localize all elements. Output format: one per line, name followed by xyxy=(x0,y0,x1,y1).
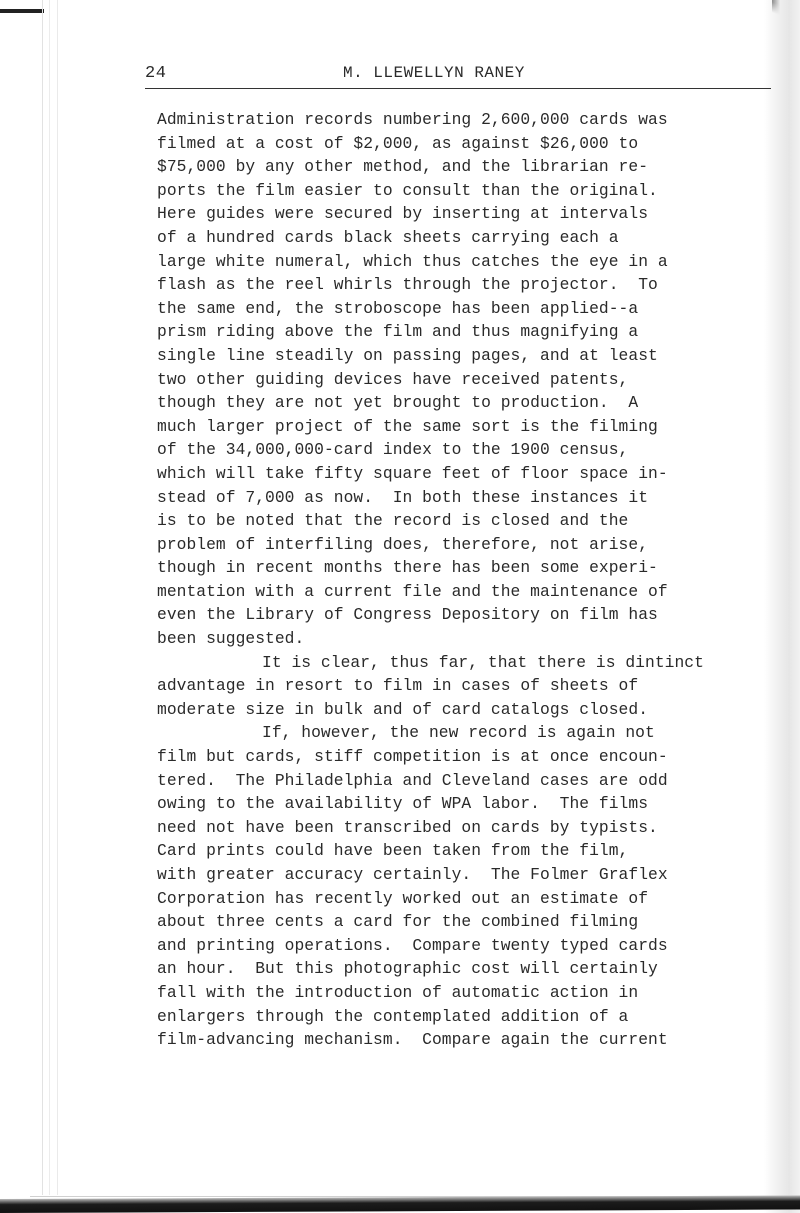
text-line: mentation with a current file and the ma… xyxy=(157,580,777,604)
text-line: an hour. But this photographic cost will… xyxy=(157,957,777,981)
text-line: two other guiding devices have received … xyxy=(157,368,777,392)
text-line: fall with the introduction of automatic … xyxy=(157,981,777,1005)
text-line: film-advancing mechanism. Compare again … xyxy=(157,1028,777,1052)
text-line: tered. The Philadelphia and Cleveland ca… xyxy=(157,769,777,793)
text-line: even the Library of Congress Depository … xyxy=(157,603,777,627)
text-line: though they are not yet brought to produ… xyxy=(157,391,777,415)
text-line: owing to the availability of WPA labor. … xyxy=(157,792,777,816)
page-number: 24 xyxy=(145,64,166,83)
text-line: large white numeral, which thus catches … xyxy=(157,250,777,274)
text-line: which will take fifty square feet of flo… xyxy=(157,462,777,486)
text-line: film but cards, stiff competition is at … xyxy=(157,745,777,769)
paragraph-first-line: If, however, the new record is again not xyxy=(157,721,777,745)
page-header: 24 M. LLEWELLYN RANEY xyxy=(145,62,771,89)
text-line: problem of interfiling does, therefore, … xyxy=(157,533,777,557)
text-line: ports the film easier to consult than th… xyxy=(157,179,777,203)
text-line: of the 34,000,000-card index to the 1900… xyxy=(157,438,777,462)
text-line: the same end, the stroboscope has been a… xyxy=(157,297,777,321)
text-line: filmed at a cost of $2,000, as against $… xyxy=(157,132,777,156)
page-binding-edge xyxy=(42,0,58,1195)
text-line: much larger project of the same sort is … xyxy=(157,415,777,439)
text-line: Here guides were secured by inserting at… xyxy=(157,202,777,226)
text-line: moderate size in bulk and of card catalo… xyxy=(157,698,777,722)
paragraph-first-line: It is clear, thus far, that there is din… xyxy=(157,651,777,675)
body-text: Administration records numbering 2,600,0… xyxy=(157,108,777,1052)
running-head: M. LLEWELLYN RANEY xyxy=(343,64,525,82)
text-line: about three cents a card for the combine… xyxy=(157,910,777,934)
text-line: is to be noted that the record is closed… xyxy=(157,509,777,533)
text-line: Administration records numbering 2,600,0… xyxy=(157,108,777,132)
text-line: $75,000 by any other method, and the lib… xyxy=(157,155,777,179)
text-line: Card prints could have been taken from t… xyxy=(157,839,777,863)
scan-corner-mark-top-left xyxy=(0,9,44,13)
text-line: single line steadily on passing pages, a… xyxy=(157,344,777,368)
text-line: been suggested. xyxy=(157,627,777,651)
text-line: of a hundred cards black sheets carrying… xyxy=(157,226,777,250)
text-line: stead of 7,000 as now. In both these ins… xyxy=(157,486,777,510)
text-line: Corporation has recently worked out an e… xyxy=(157,887,777,911)
text-line: and printing operations. Compare twenty … xyxy=(157,934,777,958)
text-line: enlargers through the contemplated addit… xyxy=(157,1005,777,1029)
text-line: though in recent months there has been s… xyxy=(157,556,777,580)
text-line: advantage in resort to film in cases of … xyxy=(157,674,777,698)
text-line: flash as the reel whirls through the pro… xyxy=(157,273,777,297)
text-line: need not have been transcribed on cards … xyxy=(157,816,777,840)
text-line: prism riding above the film and thus mag… xyxy=(157,320,777,344)
scan-bottom-edge xyxy=(0,1196,800,1213)
text-line: with greater accuracy certainly. The Fol… xyxy=(157,863,777,887)
